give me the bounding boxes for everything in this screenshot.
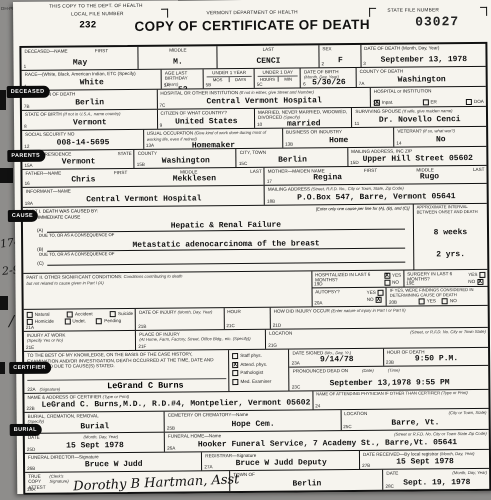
field-true-copy-attest: TRUE COPY ATTEST (Clerk's Signature) Dor… bbox=[25, 471, 229, 493]
field-pronounced-dead: PRONOUNCED DEAD ON(Date)(Time) September… bbox=[290, 365, 489, 390]
field-date-of-death: DATE OF DEATH (Month, Day, Year) Septemb… bbox=[360, 44, 485, 67]
field-informant-address: MAILING ADDRESS (Street, R.F.D. No., Cit… bbox=[264, 184, 487, 205]
field-manner-of-death: Natural Accident Suicide Homicide Undet.… bbox=[24, 309, 136, 331]
corner-bracket bbox=[369, 8, 376, 17]
field-veteran: VETERAN? (If so, what war?) No 14 bbox=[393, 127, 486, 147]
checkbox-findings-no bbox=[442, 298, 448, 304]
field-residence-city: CITY, TOWN Berlin 15C bbox=[236, 148, 348, 167]
scanned-death-certificate: DH-PHS-5C-78 174- 2-9 / DECEASED PARENTS… bbox=[0, 0, 491, 500]
field-mailing-address: MAILING ADDRESS, INC ZIP Upper Hill Stre… bbox=[347, 147, 486, 166]
field-funeral-home: FUNERAL HOME—Name(Street or R.F.D. No. C… bbox=[164, 430, 489, 452]
field-findings-considered: IF YES, WERE FINDINGS CONSIDERED IN DETE… bbox=[386, 287, 488, 306]
field-registrar: REGISTRAR—Signature Bruce W Judd Deputy … bbox=[201, 451, 359, 470]
field-place-of-injury: PLACE OF INJURY (At Home, Farm, Factory,… bbox=[135, 330, 265, 350]
checkbox-undetermined bbox=[64, 319, 70, 325]
field-injury-location: LOCATION(Street, or R.F.D. No. City or T… bbox=[265, 328, 488, 349]
field-deceased-last-name: LAST CENCI bbox=[216, 45, 318, 68]
field-autopsy: AUTOPSY? YES NOX 20A bbox=[312, 288, 386, 306]
field-how-injury-occurred: HOW DID INJURY OCCUR (Enter nature of in… bbox=[270, 306, 488, 329]
field-county-of-death: COUNTY OF DEATH Washington 7A bbox=[356, 67, 486, 87]
side-tab-deceased: DECEASED bbox=[7, 86, 50, 98]
checkbox-medical-examiner bbox=[232, 379, 238, 385]
field-hospitalized-6mo: HOSPITALIZED IN LAST 6 MONTHS? XYES NO 1… bbox=[312, 271, 403, 288]
field-ssn: SOCIAL SECURITY NO 008-14-5695 12 bbox=[22, 130, 143, 150]
field-surgery-6mo: SURGERY IN LAST 6 MONTHS? YES NOX 19E bbox=[403, 270, 487, 287]
checkbox-hospitalized-no bbox=[384, 280, 390, 286]
field-date-signed: DATE SIGNED (Mo., Day, Yr.) 9/14/78 23A bbox=[290, 349, 383, 366]
field-sex: SEX F 2 bbox=[318, 45, 360, 67]
field-interval-b: 2 yrs. bbox=[414, 250, 487, 260]
field-surviving-spouse: SURVIVING SPOUSE (If wife, give maiden n… bbox=[351, 107, 486, 127]
state-file-label: STATE FILE NUMBER bbox=[387, 8, 439, 13]
field-date-received: DATE RECEIVED—By local registrar (Month,… bbox=[359, 450, 489, 469]
field-hour-of-injury: HOUR 21C bbox=[223, 308, 270, 329]
checkbox-doa bbox=[466, 99, 472, 105]
checkbox-suicide bbox=[110, 311, 116, 317]
copy-note: THIS COPY TO THE DEPT. OF HEALTH bbox=[49, 4, 143, 10]
checkbox-autopsy-no: X bbox=[376, 297, 382, 303]
checkbox-er bbox=[422, 99, 428, 105]
field-burial-date: DATE(Month, Day, Year) 15 Sept 1978 25D bbox=[25, 433, 164, 453]
cause-interval-column: APPROXIMATE INTERVAL BETWEEN ONSET AND D… bbox=[413, 204, 488, 270]
cause-part1: PART I. DEATH WAS CAUSED BY:[Enter only … bbox=[23, 205, 413, 273]
scan-artifact bbox=[0, 168, 13, 183]
side-tab-cause: CAUSE bbox=[8, 210, 38, 222]
field-citizenship: CITIZEN OF WHAT COUNTRY? United States 9 bbox=[156, 109, 254, 129]
field-interval-a: 8 weeks bbox=[414, 228, 487, 238]
corner-bracket bbox=[480, 7, 487, 16]
scan-artifact bbox=[0, 90, 6, 110]
field-under-1-year: UNDER 1 YEAR MOSDAYS 5B bbox=[203, 69, 254, 88]
scan-artifact bbox=[0, 296, 8, 310]
field-date-of-injury: DATE OF INJURY (Month, Day, Year) 21B bbox=[135, 308, 223, 330]
checkbox-staff-physician bbox=[232, 353, 238, 359]
checkbox-accident bbox=[67, 311, 73, 317]
side-tab-burial: BURIAL bbox=[10, 424, 42, 436]
field-hour-of-death: HOUR OF DEATH 9:50 P.M. 23B bbox=[383, 348, 488, 366]
field-cemetery-location: LOCATION(City or Town, State) Barre, Vt.… bbox=[340, 409, 489, 430]
field-hospital: HOSPITAL OR OTHER INSTITUTION (If not in… bbox=[156, 88, 370, 109]
margin-note: / bbox=[9, 312, 14, 330]
certifier-type: Staff phys. XAttend. phys. Pathologist M… bbox=[228, 350, 289, 392]
field-certifier-signature: 22A (Signature) LeGrand C Burns bbox=[27, 378, 226, 392]
field-institution-type: HOSPITAL or INSTITUTION XInpat. ER DOA 7… bbox=[370, 87, 486, 107]
field-funeral-director: FUNERAL DIRECTOR—Signature Bruce W Judd … bbox=[25, 452, 201, 472]
field-father-name: FATHER—NAMEFIRSTMIDDLELAST ChrisMekklese… bbox=[22, 168, 263, 187]
certificate-form: DECEASED—NAMEFIRST May 1 MIDDLE M. LAST … bbox=[19, 42, 491, 495]
field-deceased-middle-name: MIDDLE M. bbox=[137, 46, 216, 69]
field-disposition: BURIAL, CREMATION, REMOVAL (Specify) Bur… bbox=[25, 412, 164, 433]
field-certifier-name-address: NAME & ADDRESS OF CERTIFIER (Type or Pri… bbox=[24, 391, 312, 412]
field-residence-county: COUNTY Washington 15B bbox=[134, 149, 236, 168]
field-under-1-day: UNDER 1 DAY HOURSMIN 5C bbox=[254, 68, 301, 87]
field-town: TOWN OF Berlin bbox=[229, 470, 382, 491]
side-tab-certifier: CERTIFIER bbox=[9, 362, 51, 374]
side-tab-parents: PARENTS bbox=[7, 150, 45, 162]
checkbox-pathologist bbox=[232, 370, 238, 376]
field-injury-at-work: INJURY AT WORK (Specify Yes or No) 21E bbox=[24, 331, 136, 351]
checkbox-findings-yes bbox=[419, 298, 425, 304]
cause-part2: PART II. OTHER SIGNIFICANT CONDITIONS: C… bbox=[23, 271, 311, 309]
certificate-header: THIS COPY TO THE DEPT. OF HEALTH LOCAL F… bbox=[13, 0, 491, 46]
field-industry: BUSINESS OR INDUSTRY Home 13B bbox=[282, 128, 394, 148]
field-cemetery: CEMETERY OR CREMATORY—Name Hope Cem. 25B bbox=[164, 410, 340, 432]
field-attest-date: DATE(Month, Day, Year) Sept. 19, 1978 28… bbox=[382, 469, 489, 490]
clerk-signature: Dorothy B Hartman, Asst bbox=[73, 472, 240, 494]
state-file-number: 03027 bbox=[415, 14, 459, 29]
field-mother-name: MOTHER—MAIDEN NAMEFIRSTMIDDLELAST Regina… bbox=[264, 166, 487, 185]
field-attending-physician: NAME OF ATTENDING PHYSICIAN IF OTHER THA… bbox=[312, 390, 488, 410]
checkbox-hospitalized-yes: X bbox=[384, 273, 390, 279]
field-age: AGE LAST BIRTHDAY (Years) 52 5A bbox=[161, 69, 203, 88]
scan-artifact bbox=[0, 362, 5, 374]
field-occupation: USUAL OCCUPATION (Give kind of work done… bbox=[143, 129, 282, 149]
field-marital-status: MARRIED, NEVER MARRIED, WIDOWED, DIVORCE… bbox=[254, 108, 352, 128]
field-state-of-birth: STATE OF BIRTH (If not in U.S.A., name c… bbox=[22, 110, 157, 130]
certifier-statement: TO THE BEST OF MY KNOWLEDGE, ON THE BASI… bbox=[24, 350, 229, 393]
checkbox-attending-physician: X bbox=[232, 362, 238, 368]
field-informant: INFORMANT—NAME Central Vermont Hospital … bbox=[23, 186, 264, 207]
checkbox-surgery-no: X bbox=[477, 279, 483, 285]
field-deceased-first-name: DECEASED—NAMEFIRST May 1 bbox=[21, 47, 137, 70]
field-date-of-birth: DATE OF BIRTH (Month, Day, Year) 5/30/26… bbox=[300, 68, 356, 87]
checkbox-pending bbox=[96, 318, 102, 324]
checkbox-natural bbox=[27, 312, 33, 318]
certificate-paper: DECEASED PARENTS CAUSE CERTIFIER BURIAL … bbox=[13, 0, 491, 494]
